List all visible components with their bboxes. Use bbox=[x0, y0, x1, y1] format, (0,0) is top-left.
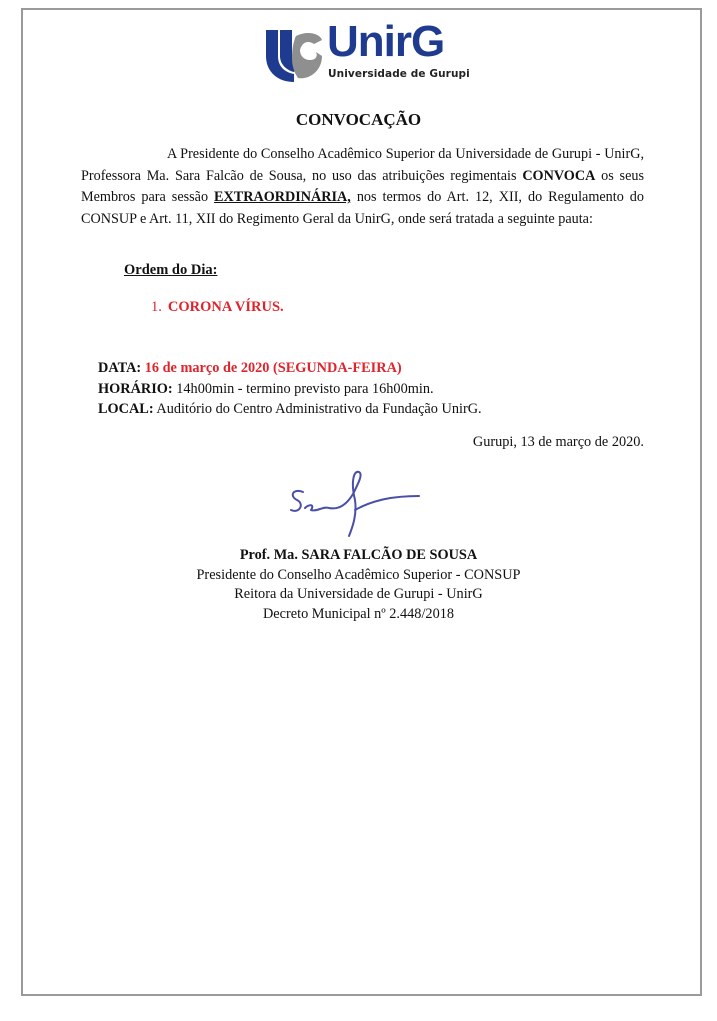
agenda-heading: Ordem do Dia: bbox=[124, 262, 217, 279]
signature-block: Prof. Ma. SARA FALCÃO DE SOUSA President… bbox=[0, 546, 717, 624]
date-line: DATA: 16 de março de 2020 (SEGUNDA-FEIRA… bbox=[98, 358, 482, 379]
time-label: HORÁRIO: bbox=[98, 381, 173, 397]
signatory-name: Prof. Ma. SARA FALCÃO DE SOUSA bbox=[0, 546, 717, 566]
location-label: LOCAL: bbox=[98, 401, 154, 417]
location-line: LOCAL: Auditório do Centro Administrativ… bbox=[98, 399, 482, 420]
unirg-logo: UnirG Universidade de Gurupi bbox=[264, 26, 460, 84]
place-date: Gurupi, 13 de março de 2020. bbox=[473, 434, 644, 451]
agenda-item-text: CORONA VÍRUS. bbox=[168, 299, 284, 315]
intro-paragraph: A Presidente do Conselho Acadêmico Super… bbox=[81, 144, 644, 230]
logo-wordmark: UnirG bbox=[327, 20, 444, 64]
logo-subtitle: Universidade de Gurupi bbox=[328, 68, 470, 80]
unirg-emblem-icon bbox=[264, 26, 324, 84]
extraordinaria-text: EXTRAORDINÁRIA, bbox=[214, 189, 351, 205]
signatory-role-2: Reitora da Universidade de Gurupi - Unir… bbox=[0, 585, 717, 605]
meeting-details: DATA: 16 de março de 2020 (SEGUNDA-FEIRA… bbox=[98, 358, 482, 420]
agenda-item-number: 1. bbox=[151, 299, 162, 315]
document-title: CONVOCAÇÃO bbox=[0, 110, 717, 130]
agenda-item: 1.CORONA VÍRUS. bbox=[151, 299, 284, 316]
time-line: HORÁRIO: 14h00min - termino previsto par… bbox=[98, 379, 482, 400]
location-value: Auditório do Centro Administrativo da Fu… bbox=[154, 401, 482, 417]
time-value: 14h00min - termino previsto para 16h00mi… bbox=[173, 381, 434, 397]
signatory-role-1: Presidente do Conselho Acadêmico Superio… bbox=[0, 566, 717, 586]
signature-icon bbox=[283, 470, 433, 540]
date-label: DATA: bbox=[98, 360, 141, 376]
signatory-decree: Decreto Municipal nº 2.448/2018 bbox=[0, 605, 717, 625]
convoca-text: CONVOCA bbox=[522, 168, 595, 184]
date-value: 16 de março de 2020 (SEGUNDA-FEIRA) bbox=[145, 360, 402, 376]
